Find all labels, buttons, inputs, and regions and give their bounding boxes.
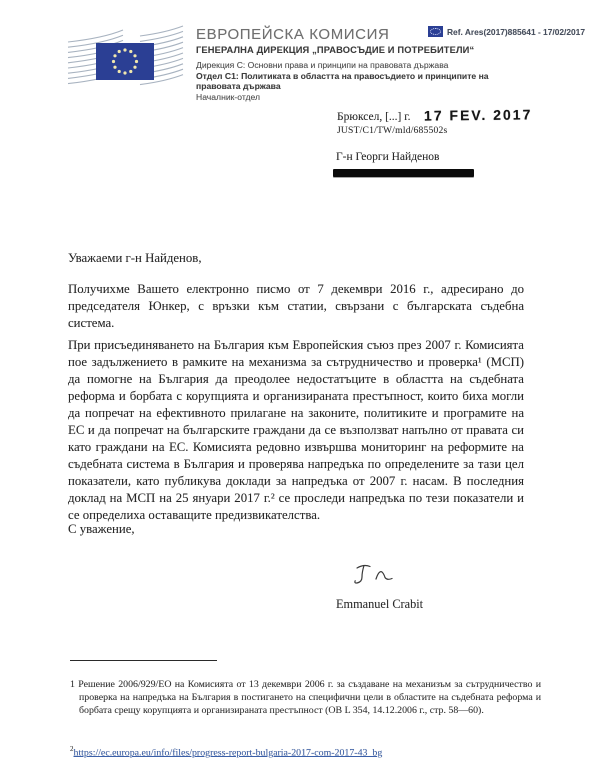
place-date-line: Брюксел, [...] г. bbox=[337, 111, 411, 123]
european-commission-logo bbox=[66, 22, 186, 94]
footnote-1: 1 Решение 2006/929/ЕО на Комисията от 13… bbox=[70, 679, 541, 718]
letterhead-unit-block: Дирекция С: Основни права и принципи на … bbox=[196, 60, 511, 102]
paragraph-2: При присъединяването на България към Евр… bbox=[68, 337, 524, 524]
ares-reference-text: Ref. Ares(2017)885641 - 17/02/2017 bbox=[447, 27, 585, 37]
unit-line: Отдел С1: Политиката в областта на право… bbox=[196, 71, 511, 92]
signatory-name: Emmanuel Crabit bbox=[336, 597, 423, 612]
paragraph-1: Получихме Вашето електронно писмо от 7 д… bbox=[68, 281, 524, 332]
salutation: Уважаеми г-н Найденов, bbox=[68, 250, 524, 267]
footnote-separator bbox=[70, 660, 217, 661]
file-reference: JUST/C1/TW/mld/685502s bbox=[337, 125, 447, 136]
closing-phrase: С уважение, bbox=[68, 521, 524, 538]
directorate-general-name: ГЕНЕРАЛНА ДИРЕКЦИЯ „ПРАВОСЪДИЕ И ПОТРЕБИ… bbox=[196, 45, 456, 55]
unit-head-line: Началник-отдел bbox=[196, 92, 511, 103]
footnote-2: 2https://ec.europa.eu/info/files/progres… bbox=[70, 743, 532, 760]
handwritten-signature bbox=[352, 561, 404, 595]
directorate-line: Дирекция С: Основни права и принципи на … bbox=[196, 60, 511, 71]
redacted-email-bar bbox=[333, 169, 474, 177]
ares-registration-stamp: Ref. Ares(2017)885641 - 17/02/2017 bbox=[428, 26, 585, 37]
letterhead: ЕВРОПЕЙСКА КОМИСИЯ ГЕНЕРАЛНА ДИРЕКЦИЯ „П… bbox=[196, 26, 456, 55]
progress-report-link[interactable]: https://ec.europa.eu/info/files/progress… bbox=[74, 747, 383, 758]
received-date-stamp: 17 FEV. 2017 bbox=[424, 106, 532, 123]
eu-flag-icon bbox=[428, 26, 443, 37]
scanned-letter-page: ЕВРОПЕЙСКА КОМИСИЯ ГЕНЕРАЛНА ДИРЕКЦИЯ „П… bbox=[0, 0, 590, 779]
addressee-name: Г-н Георги Найденов bbox=[336, 151, 439, 163]
institution-name: ЕВРОПЕЙСКА КОМИСИЯ bbox=[196, 26, 456, 43]
